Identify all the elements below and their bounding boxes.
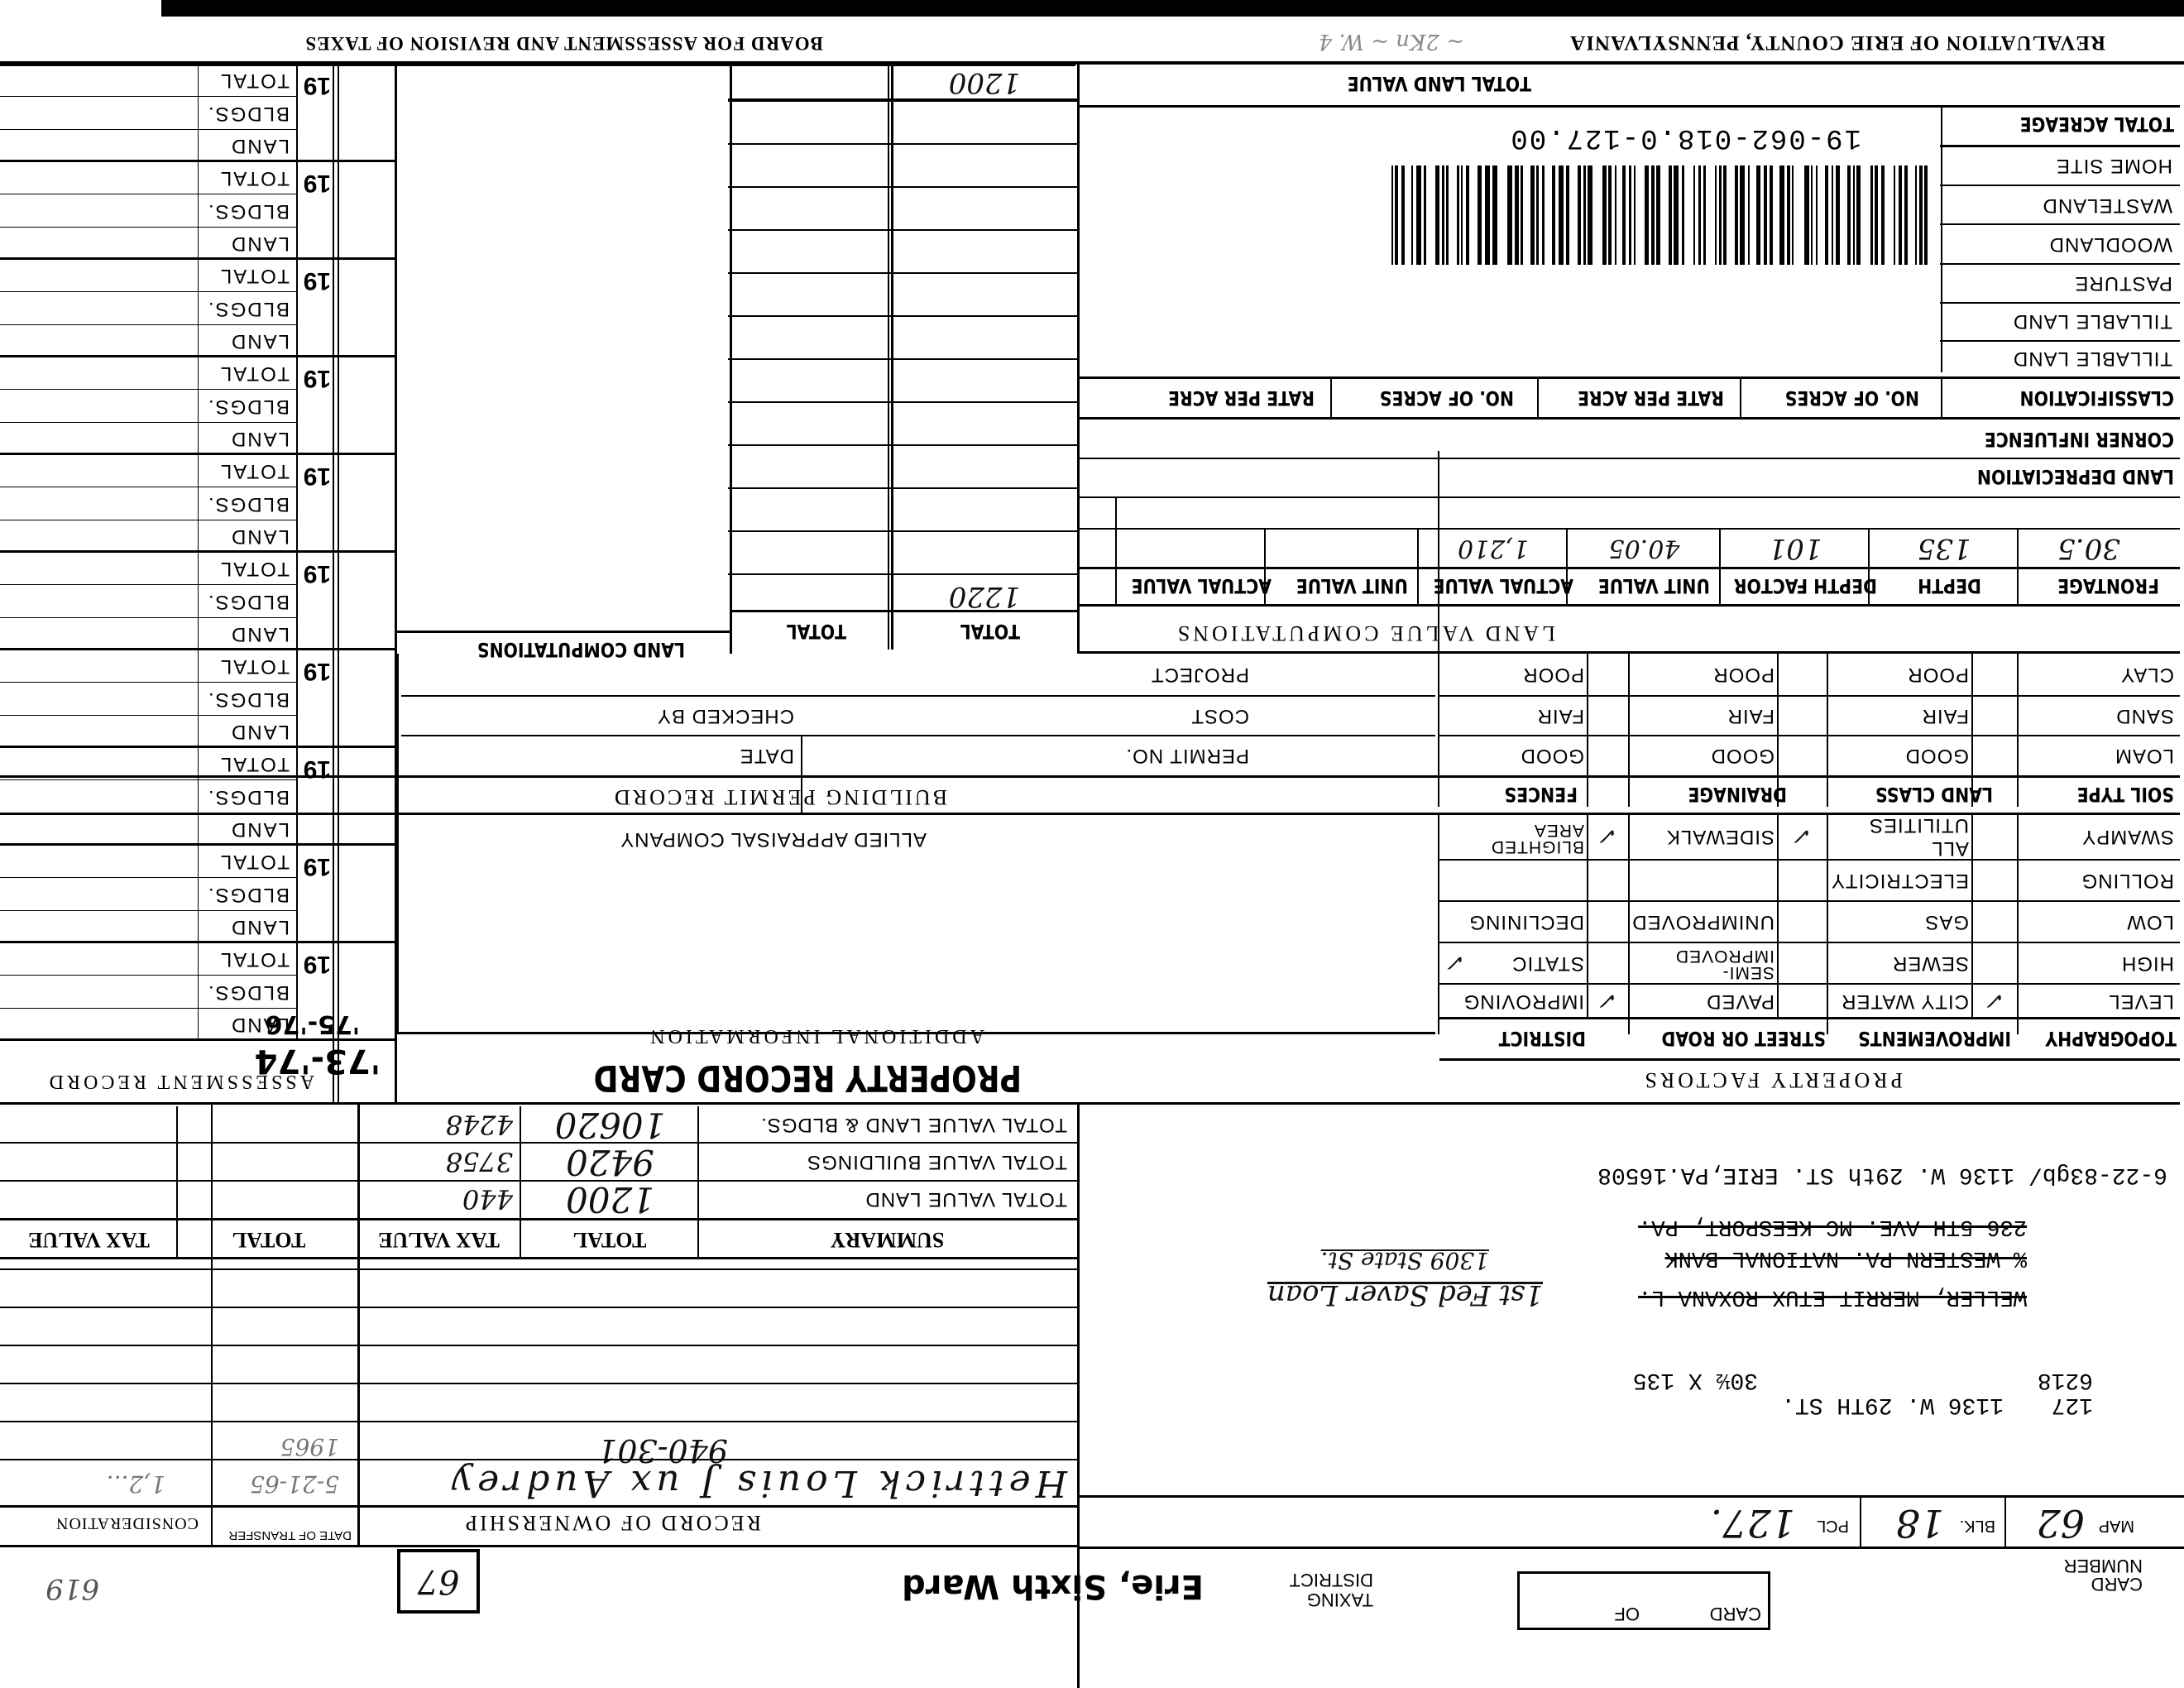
handwritten-lender-address: 1309 State St. xyxy=(1321,1247,1489,1274)
assessment-row-label: BLDGS. xyxy=(207,981,290,1004)
divider xyxy=(728,530,1080,532)
divider xyxy=(0,715,296,716)
permit-checked-by-label: CHECKED BY xyxy=(612,699,794,732)
checkmark-sidewalk[interactable]: ✓ xyxy=(1590,819,1628,854)
boxed-number: 67 xyxy=(397,1549,480,1614)
divider xyxy=(728,229,1080,231)
col-total-2: TOTAL xyxy=(736,613,885,650)
divider xyxy=(0,453,397,455)
divider xyxy=(0,813,296,813)
divider xyxy=(1330,378,1332,418)
assessment-row-label: TOTAL xyxy=(219,752,290,775)
total-acreage-label: TOTAL ACREAGE xyxy=(1942,109,2174,139)
street-paved: PAVED xyxy=(1634,986,1774,1016)
divider xyxy=(0,910,296,911)
divider xyxy=(0,746,397,748)
topography-rolling: ROLLING xyxy=(2021,863,2174,898)
rate-per-acre-header-1: RATE PER ACRE xyxy=(1539,382,1737,414)
summary-title: SUMMARY xyxy=(699,1223,1075,1256)
divider xyxy=(728,444,1080,446)
divider xyxy=(0,584,296,585)
owner-entry-consideration: 1,2... xyxy=(107,1470,165,1498)
divider xyxy=(198,260,199,357)
divider xyxy=(1080,458,2180,459)
assessment-year-prefix: 19 xyxy=(304,266,331,295)
district-declining: DECLINING xyxy=(1444,904,1584,939)
total-land-value-label: TOTAL LAND VALUE xyxy=(1080,72,1766,95)
district-improving: IMPROVING xyxy=(1444,986,1584,1016)
acreage-row-tillable-1: TILLABLE LAND xyxy=(1949,305,2172,338)
divider xyxy=(397,631,732,633)
fences-header: FENCES xyxy=(1448,779,1621,809)
summary-row-land-label: TOTAL VALUE LAND xyxy=(703,1182,1067,1216)
acreage-row-woodland: WOODLAND xyxy=(1949,228,2172,261)
district-blighted-area: BLIGHTED AREA xyxy=(1444,819,1584,857)
divider xyxy=(296,748,298,846)
divider xyxy=(0,355,397,357)
unit-value-value: 40.05 xyxy=(1572,530,1717,567)
divider xyxy=(1971,815,1973,1018)
owner-line1-pcl: 127 xyxy=(2052,1392,2093,1417)
divider xyxy=(198,846,199,943)
land-value-computations-title: LAND VALUE COMPUTATIONS xyxy=(1175,621,1555,645)
topography-low: LOW xyxy=(2021,904,2174,939)
owner-entry-date2: 1965 xyxy=(280,1433,339,1460)
divider xyxy=(0,96,296,97)
assessment-year-prefix: 19 xyxy=(304,169,331,197)
divider xyxy=(1080,528,2180,530)
divider xyxy=(728,401,1080,403)
divider xyxy=(0,843,397,846)
consideration-header: CONSIDERATION xyxy=(55,1513,199,1532)
summary-row-total-total: 10620 xyxy=(525,1106,695,1144)
drainage-fair: FAIR xyxy=(1634,699,1774,732)
frontage-value: 30.5 xyxy=(2019,530,2159,567)
no-of-acres-header-2: NO. OF ACRES xyxy=(1336,382,1535,414)
improvement-all-utilities: ALL UTILITIES xyxy=(1832,819,1969,854)
blk-value: 18 xyxy=(1895,1501,1944,1546)
divider xyxy=(296,943,298,1041)
topography-high: HIGH xyxy=(2021,946,2174,981)
col-unit-value-1: UNIT VALUE xyxy=(1572,571,1717,601)
divider xyxy=(1080,376,2180,379)
divider xyxy=(198,357,199,455)
summary-row-buildings-label: TOTAL VALUE BUILDINGS xyxy=(703,1144,1067,1179)
divider xyxy=(0,1505,1077,1508)
divider xyxy=(0,291,296,292)
assessment-record-title: ASSESSMENT RECORD xyxy=(46,1070,314,1092)
pcl-value: 127. xyxy=(1711,1501,1795,1546)
divider xyxy=(697,1106,699,1259)
divider xyxy=(728,573,1080,575)
divider xyxy=(397,654,399,1034)
divider xyxy=(296,357,298,455)
divider xyxy=(1777,815,1779,1018)
land-class-header: LAND CLASS xyxy=(1832,779,2014,809)
checkmark-static[interactable]: ✓ xyxy=(1441,946,1473,981)
drainage-poor: POOR xyxy=(1634,658,1774,691)
map-label: MAP xyxy=(2099,1516,2134,1535)
card-number-label: CARD NUMBER xyxy=(2068,1556,2143,1593)
divider xyxy=(728,186,1080,188)
header-right-title: BOARD FOR ASSESSMENT AND REVISION OF TAX… xyxy=(304,32,823,54)
col-total-1: TOTAL xyxy=(893,613,1075,650)
divider xyxy=(198,162,199,260)
assessment-row-label: TOTAL xyxy=(219,850,290,873)
corner-influence-label: CORNER INFLUENCE xyxy=(1926,424,2174,455)
divider xyxy=(0,1218,1077,1220)
struck-owner-name: WELLER, MERRIT ETUX ROXANA L. xyxy=(1638,1284,2027,1309)
divider xyxy=(0,1038,397,1041)
acreage-row-pasture: PASTURE xyxy=(1949,266,2172,300)
divider xyxy=(1080,1495,2184,1498)
divider xyxy=(198,943,199,1041)
card-of-box[interactable]: CARD OF xyxy=(1517,1571,1770,1630)
divider xyxy=(395,62,397,1105)
divider xyxy=(333,62,334,1105)
divider xyxy=(0,129,296,130)
improvements-header: IMPROVEMENTS xyxy=(1832,1022,2010,1055)
divider xyxy=(1827,815,1828,1034)
divider xyxy=(1740,378,1741,418)
acreage-row-home-site: HOME SITE xyxy=(1949,149,2172,182)
col-frontage: FRONTAGE xyxy=(2023,571,2176,601)
divider xyxy=(1439,1058,2180,1061)
divider xyxy=(0,1421,1077,1422)
divider xyxy=(0,520,296,520)
divider xyxy=(0,648,397,650)
divider xyxy=(1827,654,1828,807)
assessment-row-label: TOTAL xyxy=(219,655,290,678)
assessment-year-prefix: 19 xyxy=(304,462,331,490)
handwritten-lender: 1st Fed Saver Loan xyxy=(1267,1278,1543,1312)
land-computation-total-value: 1220 xyxy=(893,583,1075,611)
col-actual-value-2: ACTUAL VALUE xyxy=(1117,571,1262,601)
assessment-row-label: BLDGS. xyxy=(207,785,290,808)
lot-size: 30½ X 135 xyxy=(1633,1367,1758,1393)
summary-row-total-tax: 4248 xyxy=(360,1106,513,1144)
owner-entry-name: Hettrick Louis J ux Audrey xyxy=(447,1462,1067,1504)
appraisal-company: ALLIED APPRAISAL COMPANY xyxy=(620,827,927,851)
assessment-row-label: TOTAL xyxy=(219,264,290,287)
struck-address: 236 5TH AVE. MC KEESPORT, PA. xyxy=(1638,1214,2027,1239)
blk-label: BLK. xyxy=(1960,1516,1995,1535)
divider xyxy=(198,553,199,650)
divider xyxy=(1941,378,1942,418)
land-class-good: GOOD xyxy=(1832,739,1969,772)
divider xyxy=(296,162,298,260)
divider xyxy=(728,272,1080,274)
divider xyxy=(728,100,1080,102)
divider xyxy=(0,1383,1077,1384)
scan-edge xyxy=(161,0,2184,17)
summary-row-land-tax: 440 xyxy=(360,1181,513,1218)
street-sidewalk: SIDEWALK xyxy=(1634,819,1774,854)
divider xyxy=(0,160,397,162)
owner-line1-address: 1136 W. 29TH ST. xyxy=(1781,1392,2004,1417)
divider xyxy=(1940,263,2180,265)
divider xyxy=(1080,604,2180,607)
owner-entry-date: 5-21-65 xyxy=(250,1470,339,1498)
improvement-sewer: SEWER xyxy=(1832,946,1969,981)
divider xyxy=(728,358,1080,360)
property-record-card: REVALUATION OF ERIE COUNTY, PENNSYLVANIA… xyxy=(0,0,2184,1688)
assessment-row-label: TOTAL xyxy=(219,69,290,92)
assessment-row-label: LAND xyxy=(230,427,290,450)
divider xyxy=(1439,942,2180,943)
permit-date-label: DATE xyxy=(612,739,794,772)
divider xyxy=(728,487,1080,489)
card-of-label-card: CARD xyxy=(1710,1603,1761,1624)
current-owner-address: 6-22-83gb/ 1136 W. 29th ST. ERIE,PA.1650… xyxy=(1597,1162,2167,1187)
divider xyxy=(2017,815,2019,1034)
divider xyxy=(1439,735,2180,736)
divider xyxy=(1628,815,1630,1034)
card-of-label-of: OF xyxy=(1614,1603,1640,1624)
taxing-district-label: TAXING DISTRICT xyxy=(1266,1570,1373,1609)
assessment-row-label: LAND xyxy=(230,622,290,645)
divider xyxy=(0,389,296,390)
taxing-district-value: Erie, Sixth Ward xyxy=(902,1567,1204,1605)
depth-factor-value: 101 xyxy=(1725,530,1865,567)
improvement-electricity: ELECTRICITY xyxy=(1832,863,1969,898)
divider xyxy=(0,779,296,780)
drainage-good: GOOD xyxy=(1634,739,1774,772)
divider xyxy=(1940,223,2180,225)
actual-value-value: 1,210 xyxy=(1423,530,1564,567)
fences-poor: POOR xyxy=(1444,658,1584,691)
divider xyxy=(1080,567,2180,569)
header-left-title: REVALUATION OF ERIE COUNTY, PENNSYLVANIA xyxy=(1569,31,2105,54)
divider xyxy=(1439,900,2180,902)
assessment-row-label: LAND xyxy=(230,134,290,157)
divider xyxy=(198,65,199,162)
property-record-card-title: PROPERTY RECORD CARD xyxy=(594,1057,1022,1099)
divider xyxy=(0,194,296,194)
assessment-row-label: TOTAL xyxy=(219,362,290,385)
col-depth-factor: DEPTH FACTOR xyxy=(1721,571,1865,601)
divider xyxy=(296,650,298,748)
summary-row-buildings-total: 9420 xyxy=(525,1144,695,1181)
assessment-row-label: BLDGS. xyxy=(207,590,290,613)
date-of-transfer-label: DATE OF TRANSFER xyxy=(228,1528,352,1542)
divider xyxy=(0,550,397,553)
assessment-row-label: BLDGS. xyxy=(207,102,290,125)
divider xyxy=(1080,417,2180,420)
summary-row-buildings-tax: 3758 xyxy=(360,1144,513,1181)
summary-extra-tax-header: TAX VALUE xyxy=(4,1223,174,1256)
struck-bank: % WESTERN PA. NATIONAL BANK xyxy=(1665,1245,2027,1270)
divider xyxy=(0,1102,2180,1105)
col-unit-value-2: UNIT VALUE xyxy=(1270,571,1415,601)
depth-value: 135 xyxy=(1874,530,2014,567)
divider xyxy=(0,682,296,683)
divider xyxy=(0,975,296,976)
divider xyxy=(1080,496,2180,498)
divider xyxy=(198,650,199,748)
divider xyxy=(728,143,1080,145)
divider xyxy=(1940,302,2180,304)
divider xyxy=(1439,695,2180,697)
soil-clay: CLAY xyxy=(2021,658,2174,691)
col-depth: DEPTH xyxy=(1874,571,2014,601)
assessment-row-label: BLDGS. xyxy=(207,688,290,711)
divider xyxy=(0,422,296,423)
divider xyxy=(296,455,298,553)
assessment-year-prefix: 19 xyxy=(304,950,331,978)
street-unimproved: UNIMPROVED xyxy=(1634,904,1774,939)
additional-information-label: ADDITIONAL INFORMATION xyxy=(647,1024,984,1047)
divider xyxy=(1587,815,1588,1018)
classification-header: CLASSIFICATION xyxy=(1942,382,2174,414)
summary-row-land-total: 1200 xyxy=(525,1181,695,1218)
map-value: 62 xyxy=(2036,1501,2085,1546)
divider xyxy=(401,735,1435,736)
checkmark-paved[interactable]: ✓ xyxy=(1590,986,1628,1016)
divider xyxy=(338,62,339,1105)
header-handwritten-note: ~ 2Kn ~ W. 4 xyxy=(1319,29,1464,54)
street-or-road-header: STREET OR ROAD xyxy=(1638,1022,1820,1055)
land-depreciation-label: LAND DEPRECIATION xyxy=(1926,461,2174,492)
divider xyxy=(0,487,296,487)
divider xyxy=(0,1307,1077,1308)
divider xyxy=(1438,815,1439,1034)
assessment-row-label: LAND xyxy=(230,232,290,255)
assessment-row-label: BLDGS. xyxy=(207,199,290,223)
divider xyxy=(198,748,199,846)
divider xyxy=(296,846,298,943)
divider xyxy=(1628,654,1630,807)
assessment-year-prefix: 19 xyxy=(304,852,331,880)
divider xyxy=(0,324,296,325)
divider xyxy=(0,1008,296,1009)
col-actual-value-1: ACTUAL VALUE xyxy=(1419,571,1564,601)
land-computations-title: LAND COMPUTATIONS xyxy=(397,633,728,666)
divider xyxy=(0,877,296,878)
assessment-row-label: LAND xyxy=(230,525,290,548)
fences-fair: FAIR xyxy=(1444,699,1584,732)
property-factors-title: PROPERTY FACTORS xyxy=(1641,1067,1903,1092)
divider xyxy=(1941,108,1942,372)
divider xyxy=(1439,859,2180,861)
summary-tax-header: TAX VALUE xyxy=(358,1223,520,1256)
parcel-id-number: 19-062-018.0-127.00 xyxy=(1509,122,1861,153)
divider xyxy=(211,1105,213,1547)
assessment-row-label: LAND xyxy=(230,1013,290,1036)
summary-total-header: TOTAL xyxy=(523,1223,697,1256)
divider xyxy=(1438,451,1439,807)
assessment-year-prefix: 19 xyxy=(304,657,331,685)
divider xyxy=(0,1257,1077,1259)
assessment-row-label: BLDGS. xyxy=(207,297,290,320)
divider xyxy=(1940,185,2180,186)
building-permit-title: BUILDING PERMIT RECORD xyxy=(612,784,947,809)
no-of-acres-header-1: NO. OF ACRES xyxy=(1741,382,1940,414)
checkmark-all-utilities[interactable]: ✓ xyxy=(1780,819,1827,854)
divider xyxy=(2004,1498,2006,1547)
divider xyxy=(0,1459,1077,1460)
assessment-row-label: TOTAL xyxy=(219,947,290,971)
checkmark-city-water-marker[interactable]: ✓ xyxy=(1976,986,2017,1016)
divider xyxy=(198,455,199,553)
topography-level: LEVEL xyxy=(2021,986,2174,1016)
owner-line1-id: 6218 xyxy=(2038,1367,2093,1393)
assessment-year-prefix: 19 xyxy=(304,71,331,99)
divider xyxy=(1537,378,1539,418)
divider xyxy=(0,227,296,228)
topography-swampy: SWAMPY xyxy=(2021,819,2174,854)
acreage-row-wasteland: WASTELAND xyxy=(1949,189,2172,222)
divider xyxy=(1439,983,2180,985)
assessment-row-label: LAND xyxy=(230,720,290,743)
assessment-row-label: BLDGS. xyxy=(207,395,290,418)
soil-sand: SAND xyxy=(2021,699,2174,732)
land-class-poor: POOR xyxy=(1832,658,1969,691)
assessment-row-label: LAND xyxy=(230,915,290,938)
divider xyxy=(0,1345,1077,1346)
total-land-value: 1200 xyxy=(893,66,1075,99)
divider xyxy=(296,65,298,162)
divider xyxy=(1860,1498,1861,1547)
assessment-row-label: LAND xyxy=(230,329,290,352)
assessment-row-label: BLDGS. xyxy=(207,492,290,516)
divider xyxy=(0,1545,1077,1547)
divider xyxy=(1439,1017,2180,1019)
divider xyxy=(0,257,397,260)
divider xyxy=(401,695,1435,697)
pcl-label: PCL xyxy=(1817,1516,1849,1535)
land-class-fair: FAIR xyxy=(1832,699,1969,732)
divider xyxy=(1940,145,2180,147)
permit-project-label: PROJECT xyxy=(1084,658,1249,691)
improvement-city-water: CITY WATER xyxy=(1832,986,1969,1016)
owner-entry-deed: 940-301 xyxy=(597,1432,728,1469)
divider xyxy=(296,553,298,650)
permit-cost-label: COST xyxy=(1084,699,1249,732)
soil-loam: LOAM xyxy=(2021,739,2174,772)
divider xyxy=(0,941,397,943)
divider xyxy=(176,1106,178,1259)
divider xyxy=(0,64,1075,66)
assessment-row-label: TOTAL xyxy=(219,459,290,482)
divider xyxy=(1080,105,2180,108)
assessment-year-prefix: 19 xyxy=(304,559,331,587)
acreage-row-tillable-2: TILLABLE LAND xyxy=(1949,342,2172,375)
divider xyxy=(0,1268,1077,1270)
assessment-row-label: TOTAL xyxy=(219,166,290,189)
drainage-header: DRAINAGE xyxy=(1638,779,1820,809)
corner-note: 619 xyxy=(45,1572,99,1605)
divider xyxy=(2017,654,2019,807)
assessment-row-label: TOTAL xyxy=(219,557,290,580)
fences-good: GOOD xyxy=(1444,739,1584,772)
assessment-row-label: BLDGS. xyxy=(207,883,290,906)
soil-type-header: SOIL TYPE xyxy=(2021,779,2174,809)
rate-per-acre-header-2: RATE PER ACRE xyxy=(1129,382,1328,414)
record-of-ownership-title: RECORD OF OWNERSHIP xyxy=(463,1510,761,1535)
barcode-icon xyxy=(1274,165,1928,265)
divider xyxy=(296,260,298,357)
summary-row-total-label: TOTAL VALUE LAND & BLDGS. xyxy=(703,1107,1067,1142)
street-semi-improved: SEMI-IMPROVED xyxy=(1634,945,1774,983)
district-header: DISTRICT xyxy=(1448,1022,1621,1055)
permit-number-label: PERMIT NO. xyxy=(1084,739,1249,772)
summary-extra-total-header: TOTAL xyxy=(182,1223,356,1256)
divider xyxy=(1080,1547,2184,1549)
assessment-row-label: LAND xyxy=(230,818,290,841)
divider xyxy=(520,1106,521,1259)
assessment-year-prefix: 19 xyxy=(304,755,331,783)
